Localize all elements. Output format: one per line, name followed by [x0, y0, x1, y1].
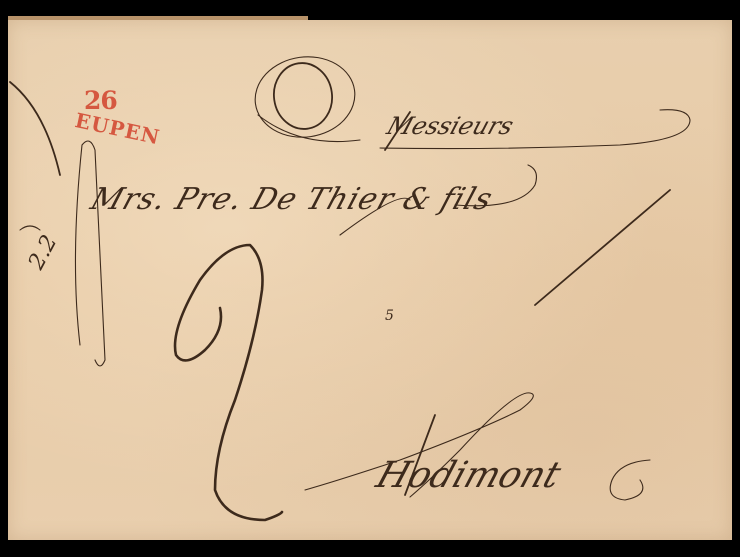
recipient-town: Hodimont — [371, 455, 565, 496]
recipient-name: Mrs. Pre. De Thier & fils — [86, 182, 497, 217]
left-arc-stroke — [10, 82, 60, 175]
side-note-hook — [20, 226, 40, 230]
rate-mark-2 — [175, 245, 282, 520]
fils-descender — [535, 190, 670, 305]
handwriting-strokes — [0, 0, 740, 557]
flourish-o-icon — [250, 50, 360, 143]
salutation-text: Messieurs — [383, 112, 517, 140]
small-mark-text: 5 — [385, 308, 394, 324]
suffix-6-stroke — [610, 460, 650, 500]
side-note-stroke — [75, 141, 105, 366]
